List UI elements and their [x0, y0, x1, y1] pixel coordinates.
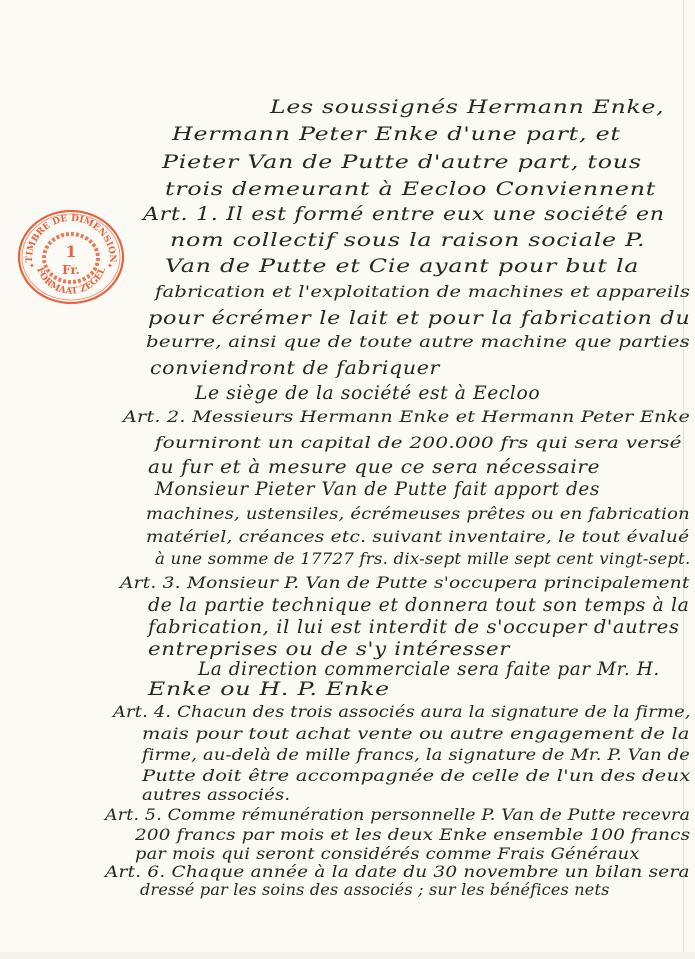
article-3-heading: Art. 3. Monsieur P. Van de Putte s'occup… — [120, 573, 690, 592]
svg-text:✦: ✦ — [29, 262, 35, 270]
svg-text:Fr.: Fr. — [62, 263, 80, 277]
text-line: nom collectif sous la raison sociale P. — [170, 229, 645, 251]
text-line: fourniront un capital de 200.000 frs qui… — [155, 433, 682, 452]
svg-text:1: 1 — [65, 242, 76, 261]
text-line: trois demeurant à Eecloo Conviennent — [165, 178, 656, 200]
article-5-heading: Art. 5. Comme rémunération personnelle P… — [105, 805, 690, 824]
text-line: 200 francs par mois et les deux Enke ens… — [135, 825, 690, 844]
text-line: Putte doit être accompagnée de celle de … — [142, 766, 691, 785]
article-2-heading: Art. 2. Messieurs Hermann Enke et Herman… — [123, 407, 690, 426]
article-1-heading: Art. 1. Il est formé entre eux une socié… — [143, 203, 665, 225]
article-4-heading: Art. 4. Chacun des trois associés aura l… — [113, 702, 691, 721]
text-line: entreprises ou de s'y intéresser — [148, 638, 510, 660]
text-line: Les soussignés Hermann Enke, — [270, 96, 664, 118]
text-line: machines, ustensiles, écrémeuses prêtes … — [146, 504, 690, 523]
text-line: conviendront de fabriquer — [150, 357, 440, 379]
text-line: mais pour tout achat vente ou autre enga… — [142, 724, 690, 743]
text-line: fabrication et l'exploitation de machine… — [155, 282, 690, 301]
text-line: autres associés. — [142, 785, 290, 804]
text-line: Pieter Van de Putte d'autre part, tous — [162, 151, 642, 173]
text-line: Hermann Peter Enke d'une part, et — [172, 123, 621, 145]
text-line: dressé par les soins des associés ; sur … — [140, 880, 610, 899]
text-line: Enke ou H. P. Enke — [148, 678, 390, 700]
text-line: fabrication, il lui est interdit de s'oc… — [148, 616, 680, 638]
text-line: Van de Putte et Cie ayant pour but la — [165, 255, 639, 277]
text-line: beurre, ainsi que de toute autre machine… — [146, 332, 690, 351]
text-line: La direction commerciale sera faite par … — [198, 658, 660, 680]
text-line: Monsieur Pieter Van de Putte fait apport… — [155, 478, 600, 500]
tax-stamp: TIMBRE DE DIMENSION FORMAAT ZEGEL 1 Fr. … — [16, 208, 126, 306]
page-edge — [0, 952, 695, 959]
stamp-seal-icon: TIMBRE DE DIMENSION FORMAAT ZEGEL 1 Fr. … — [16, 208, 126, 306]
article-6-heading: Art. 6. Chaque année à la date du 30 nov… — [105, 862, 690, 881]
text-line: pour écrémer le lait et pour la fabricat… — [148, 307, 690, 329]
text-line: par mois qui seront considérés comme Fra… — [135, 844, 640, 863]
text-line: de la partie technique et donnera tout s… — [148, 594, 690, 616]
text-line: au fur et à mesure que ce sera nécessair… — [148, 456, 600, 478]
text-line: matériel, créances etc. suivant inventai… — [146, 527, 689, 546]
text-line: à une somme de 17727 frs. dix-sept mille… — [155, 549, 690, 568]
text-line: Le siège de la société est à Eecloo — [195, 382, 540, 404]
text-line: firme, au-delà de mille francs, la signa… — [142, 745, 690, 764]
svg-text:✦: ✦ — [107, 262, 113, 270]
